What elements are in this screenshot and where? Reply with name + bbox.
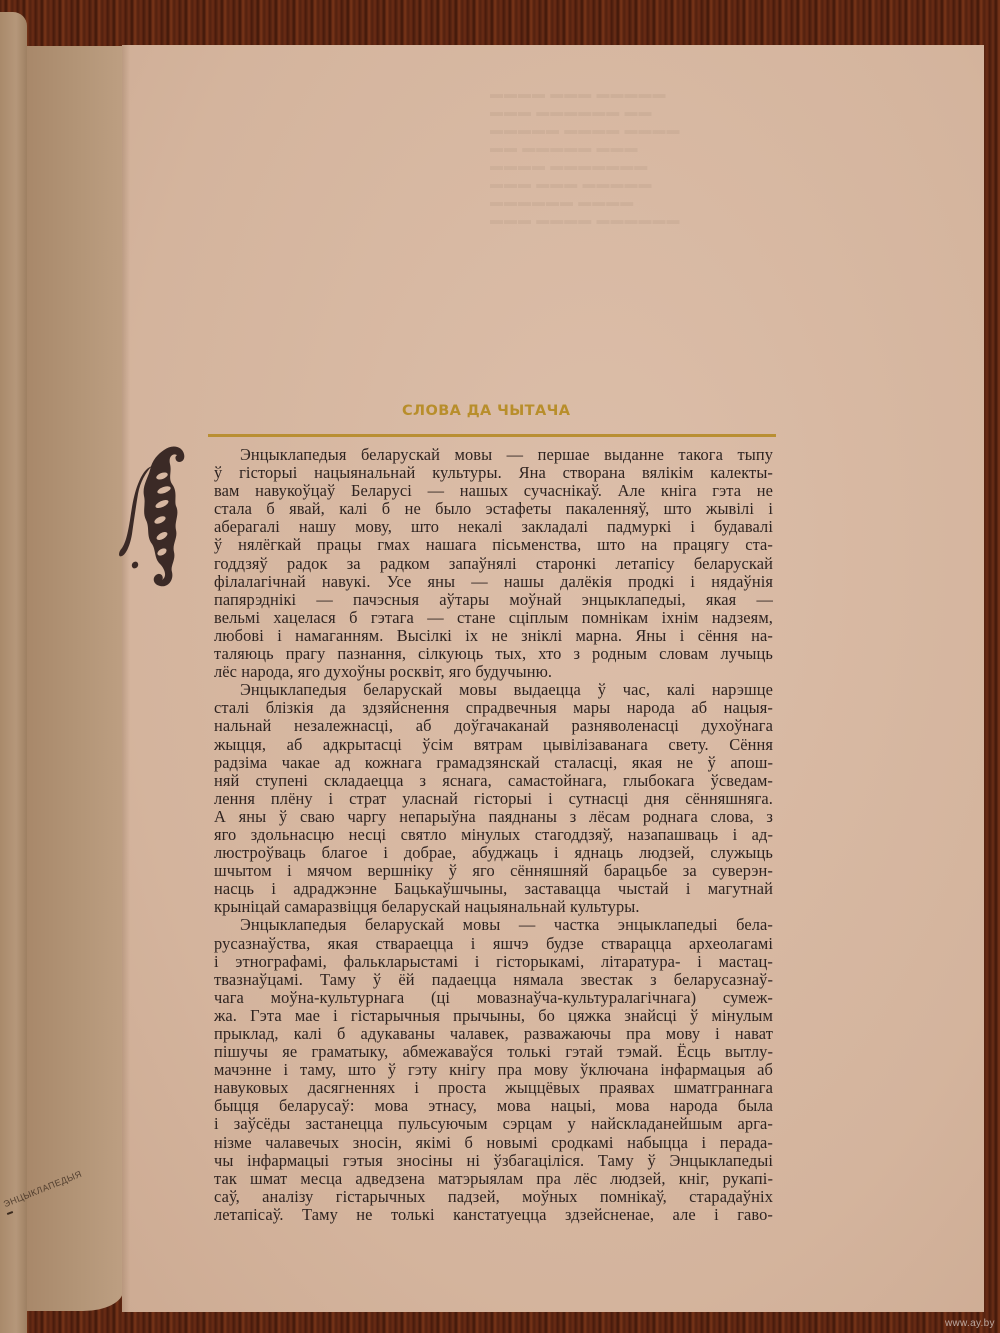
paragraph-2: Энцыклапедыя беларускай мовы выдаецца ў … (214, 681, 773, 916)
text-line: вельмі хацелася б гэтага — стане сціплым… (214, 609, 773, 627)
text-line: нізме чалавечых зносін, якімі б новымі с… (214, 1134, 773, 1152)
text-line: шчытом і мячом вершніку ў яго сённяшняй … (214, 862, 773, 880)
text-line: мачэнне і таму, што ў гэту кнігу пра мов… (214, 1061, 773, 1079)
text-line: русазнаўства, якая ствараецца і яшчэ буд… (214, 935, 773, 953)
text-line: філалагічнай навукі. Усе яны — нашы далё… (214, 573, 773, 591)
text-line: яго здольнасцю несці святло мінулых стаг… (214, 826, 773, 844)
page-heading: СЛОВА ДА ЧЫТАЧА (402, 403, 570, 419)
text-line: так шмат месца адведзена матэрыялам пра … (214, 1170, 773, 1188)
text-line: таляюць прагу пазнання, сілкуюць тых, хт… (214, 645, 773, 663)
text-line: лёс народа, яго духоўны росквіт, яго буд… (214, 663, 773, 681)
text-line: твазнаўцамі. Таму ў ёй падаецца нямала з… (214, 971, 773, 989)
text-line: насць і адраджэнне Бацькаўшчыны, застава… (214, 880, 773, 898)
text-line: прыклад, калі б адукаваны чалавек, разва… (214, 1025, 773, 1043)
facing-page-edge (27, 46, 123, 1311)
text-line: любові і намаганням. Высілкі іх не знікл… (214, 627, 773, 645)
text-line: саў, аналізу гістарычных падзей, моўных … (214, 1188, 773, 1206)
paragraph-3: Энцыклапедыя беларускай мовы — частка эн… (214, 916, 773, 1224)
text-line: і этнографамі, фалькларыстамі і гісторык… (214, 953, 773, 971)
text-line: Энцыклапедыя беларускай мовы — частка эн… (214, 916, 773, 934)
spine-mark (7, 1211, 13, 1215)
text-line: сталі блізкія да здзяйснення спрадвечныя… (214, 699, 773, 717)
book-cover-edge (0, 12, 27, 1333)
text-line: Энцыклапедыя беларускай мовы — першае вы… (214, 446, 773, 464)
text-line: жыцця, аб адкрытасці ўсім вятрам цывіліз… (214, 736, 773, 754)
text-line: люстроўваць благое і добрае, абуджаць і … (214, 844, 773, 862)
text-line: лення плёну і страт уласнай гісторыі і с… (214, 790, 773, 808)
text-line: ў нялёгкай працы гмах нашага пісьменства… (214, 536, 773, 554)
text-line: навуковых дасягненнях і проста жыццёвых … (214, 1079, 773, 1097)
text-line: папярэднікі — пачэсныя аўтары моўнай энц… (214, 591, 773, 609)
text-line: годдзяў радок за радком запаўнялі старон… (214, 555, 773, 573)
text-line: Энцыклапедыя беларускай мовы выдаецца ў … (214, 681, 773, 699)
text-line: быцця беларусаў: мова этнасу, мова нацыі… (214, 1097, 773, 1115)
paragraph-1: Энцыклапедыя беларускай мовы — першае вы… (214, 446, 773, 681)
text-line: крыніцай самаразвіцця беларускай нацыяна… (214, 898, 773, 916)
text-line: летапісаў. Таму не толькі канстатуецца з… (214, 1206, 773, 1224)
text-line: А яны ў сваю чаргу непарыўна паяднаны з … (214, 808, 773, 826)
text-line: вам навукоўцаў Беларусі — нашых сучаснік… (214, 482, 773, 500)
text-line: ў гісторыі нацыянальнай культуры. Яна ст… (214, 464, 773, 482)
text-line: нальнай незалежнасці, аб доўгачаканай ра… (214, 717, 773, 735)
text-line: чы інфармацыі гэтыя зносіны ні ўзбагаціл… (214, 1152, 773, 1170)
folk-ornament-icon (112, 442, 192, 592)
heading-rule (208, 434, 776, 437)
body-text: Энцыклапедыя беларускай мовы — першае вы… (214, 446, 773, 1224)
text-line: стала б явай, калі б не было эстафеты па… (214, 500, 773, 518)
text-line: аберагалі нашу мову, што некалі закладал… (214, 518, 773, 536)
text-line: пішучы яе граматыку, абмежаваўся толькі … (214, 1043, 773, 1061)
text-line: радзіма чакае ад кожнага грамадзянскай с… (214, 754, 773, 772)
watermark: www.ay.by (945, 1318, 995, 1329)
text-line: чага моўна-культурнага (ці мовазнаўча-ку… (214, 989, 773, 1007)
page-gutter-shadow (122, 45, 130, 1312)
text-line: жа. Гэта мае і гістарычныя прычыны, бо ц… (214, 1007, 773, 1025)
text-line: і заўсёды застанецца пульсуючым сэрцам у… (214, 1115, 773, 1133)
text-line: няй ступені складаецца з яснага, самасто… (214, 772, 773, 790)
